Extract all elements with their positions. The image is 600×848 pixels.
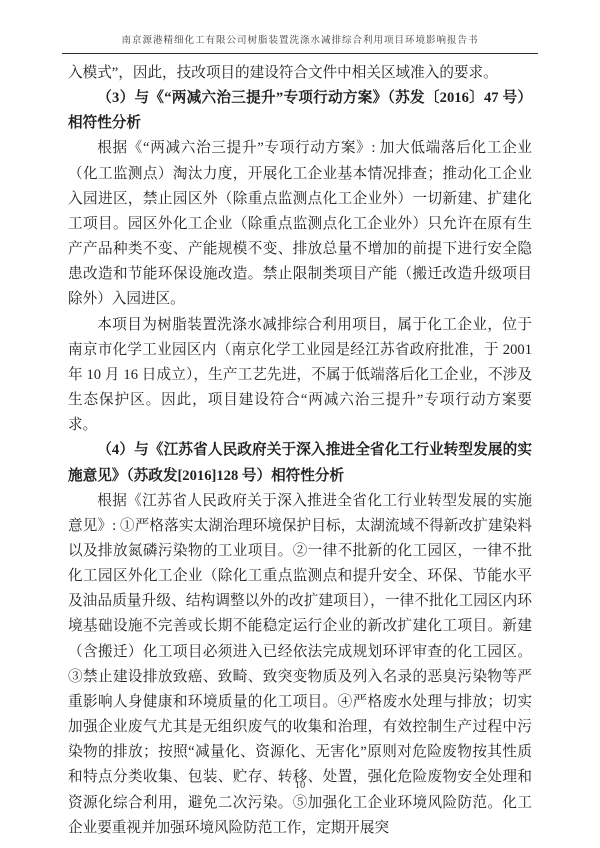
paragraph: 根据《“两减六治三提升”专项行动方案》: 加大低端落后化工企业（化工监测点）淘汰… <box>68 136 532 312</box>
section-heading: （4）与《江苏省人民政府关于深入推进全省化工行业转型发展的实施意见》（苏政发[2… <box>68 438 532 488</box>
paragraph: 入模式”，因此，技改项目的建设符合文件中相关区域准入的要求。 <box>68 61 532 86</box>
paragraph: 本项目为树脂装置洗涤水减排综合利用项目，属于化工企业，位于南京市化学工业园区内（… <box>68 313 532 439</box>
header-title: 南京源港精细化工有限公司树脂装置洗涤水减排综合利用项目环境影响报告书 <box>121 36 478 46</box>
report-page: 南京源港精细化工有限公司树脂装置洗涤水减排综合利用项目环境影响报告书 入模式”，… <box>0 0 600 848</box>
page-header: 南京源港精细化工有限公司树脂装置洗涤水减排综合利用项目环境影响报告书 <box>62 35 538 54</box>
page-footer: 10 <box>0 780 600 791</box>
page-number: 10 <box>295 780 306 791</box>
section-heading: （3）与《“两减六治三提升”专项行动方案》（苏发〔2016〕47 号）相符性分析 <box>68 86 532 136</box>
document-body: 入模式”，因此，技改项目的建设符合文件中相关区域准入的要求。 （3）与《“两减六… <box>68 61 532 841</box>
